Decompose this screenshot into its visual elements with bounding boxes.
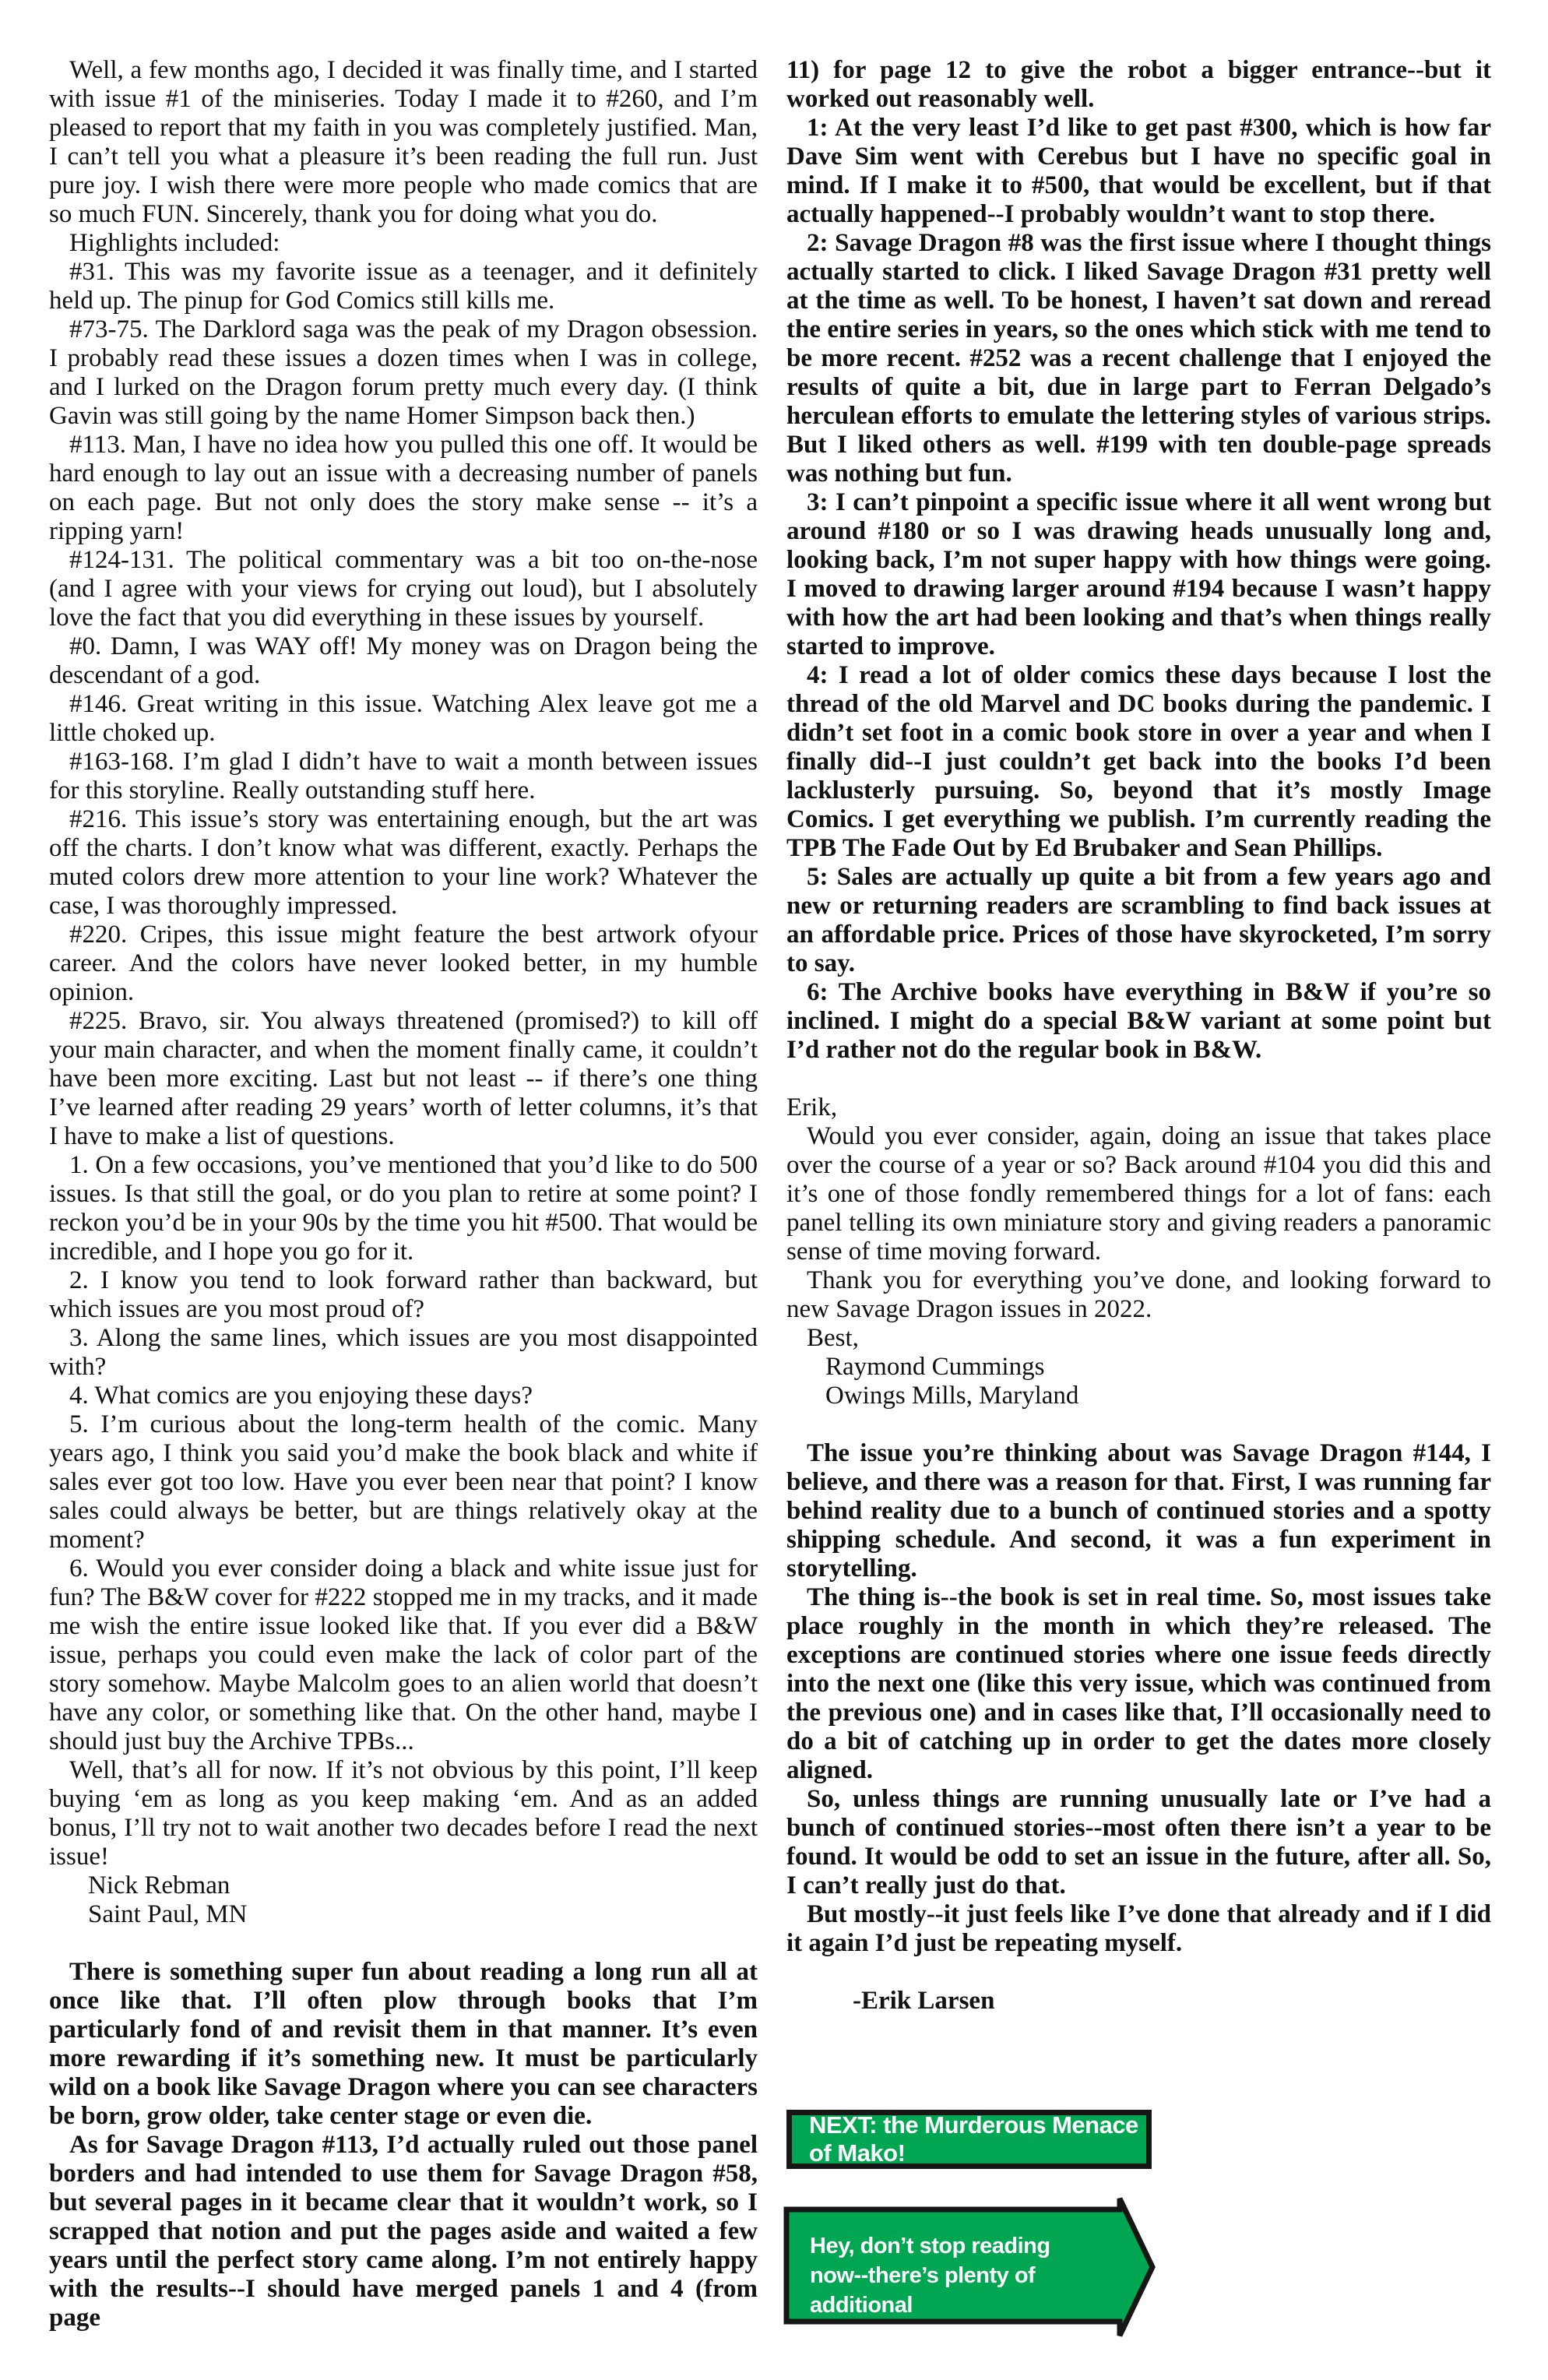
next-banner: NEXT: the Murderous Menace of Mako! <box>786 2110 1152 2169</box>
paragraph: #73-75. The Darklord saga was the peak o… <box>49 315 758 431</box>
next-banner-label: NEXT: the Murderous Menace of Mako! <box>809 2111 1146 2167</box>
paragraph: 3: I can’t pinpoint a specific issue whe… <box>786 488 1491 661</box>
paragraph: Nick Rebman <box>88 1871 758 1900</box>
paragraph: #225. Bravo, sir. You always threatened … <box>49 1007 758 1151</box>
paragraph: 4. What comics are you enjoying these da… <box>49 1382 758 1410</box>
paragraph: 3. Along the same lines, which issues ar… <box>49 1324 758 1382</box>
letters-page: Well, a few months ago, I decided it was… <box>0 0 1548 2380</box>
paragraph: 1: At the very least I’d like to get pas… <box>786 114 1491 229</box>
paragraph: #0. Damn, I was WAY off! My money was on… <box>49 632 758 690</box>
paragraph: Raymond Cummings <box>825 1353 1491 1382</box>
paragraph: Owings Mills, Maryland <box>825 1382 1491 1410</box>
paragraph: Saint Paul, MN <box>88 1900 758 1929</box>
paragraph: 5: Sales are actually up quite a bit fro… <box>786 863 1491 978</box>
paragraph: -Erik Larsen <box>853 1987 1491 2016</box>
paragraph: But mostly--it just feels like I’ve done… <box>786 1900 1491 1958</box>
paragraph: 4: I read a lot of older comics these da… <box>786 661 1491 863</box>
paragraph: #113. Man, I have no idea how you pulled… <box>49 431 758 546</box>
paragraph: 2: Savage Dragon #8 was the first issue … <box>786 229 1491 488</box>
arrow-banner: Hey, don’t stop reading now--there’s ple… <box>783 2195 1157 2340</box>
arrow-banner-line2: funnybook fun to be had in the pages tha… <box>810 2320 1106 2379</box>
paragraph: Erik, <box>786 1093 1491 1122</box>
letter-column-right: 11) for page 12 to give the robot a bigg… <box>786 56 1491 2016</box>
paragraph: 6: The Archive books have everything in … <box>786 978 1491 1065</box>
spacer <box>786 1958 1491 1987</box>
arrow-banner-label: Hey, don’t stop reading now--there’s ple… <box>810 2231 1106 2379</box>
paragraph: Thank you for everything you’ve done, an… <box>786 1266 1491 1324</box>
paragraph: The thing is--the book is set in real ti… <box>786 1583 1491 1785</box>
paragraph: The issue you’re thinking about was Sava… <box>786 1439 1491 1583</box>
paragraph: As for Savage Dragon #113, I’d actually … <box>49 2131 758 2332</box>
paragraph: #146. Great writing in this issue. Watch… <box>49 690 758 748</box>
paragraph: Well, a few months ago, I decided it was… <box>49 56 758 229</box>
paragraph: 1. On a few occasions, you’ve mentioned … <box>49 1151 758 1266</box>
paragraph: There is something super fun about readi… <box>49 1958 758 2131</box>
paragraph: Highlights included: <box>49 229 758 258</box>
paragraph: 5. I’m curious about the long-term healt… <box>49 1410 758 1554</box>
paragraph: #220. Cripes, this issue might feature t… <box>49 921 758 1007</box>
paragraph: 2. I know you tend to look forward rathe… <box>49 1266 758 1324</box>
spacer <box>49 1929 758 1958</box>
spacer <box>786 1065 1491 1093</box>
paragraph: So, unless things are running unusually … <box>786 1785 1491 1900</box>
arrow-banner-line1: Hey, don’t stop reading now--there’s ple… <box>810 2231 1106 2320</box>
paragraph: Best, <box>786 1324 1491 1353</box>
paragraph: Well, that’s all for now. If it’s not ob… <box>49 1756 758 1871</box>
paragraph: Would you ever consider, again, doing an… <box>786 1122 1491 1266</box>
paragraph: 11) for page 12 to give the robot a bigg… <box>786 56 1491 114</box>
paragraph: #163-168. I’m glad I didn’t have to wait… <box>49 748 758 805</box>
paragraph: #124-131. The political commentary was a… <box>49 546 758 632</box>
spacer <box>786 1410 1491 1439</box>
paragraph: #216. This issue’s story was entertainin… <box>49 805 758 921</box>
paragraph: #31. This was my favorite issue as a tee… <box>49 258 758 315</box>
letter-column-left: Well, a few months ago, I decided it was… <box>49 56 758 2332</box>
paragraph: 6. Would you ever consider doing a black… <box>49 1554 758 1756</box>
